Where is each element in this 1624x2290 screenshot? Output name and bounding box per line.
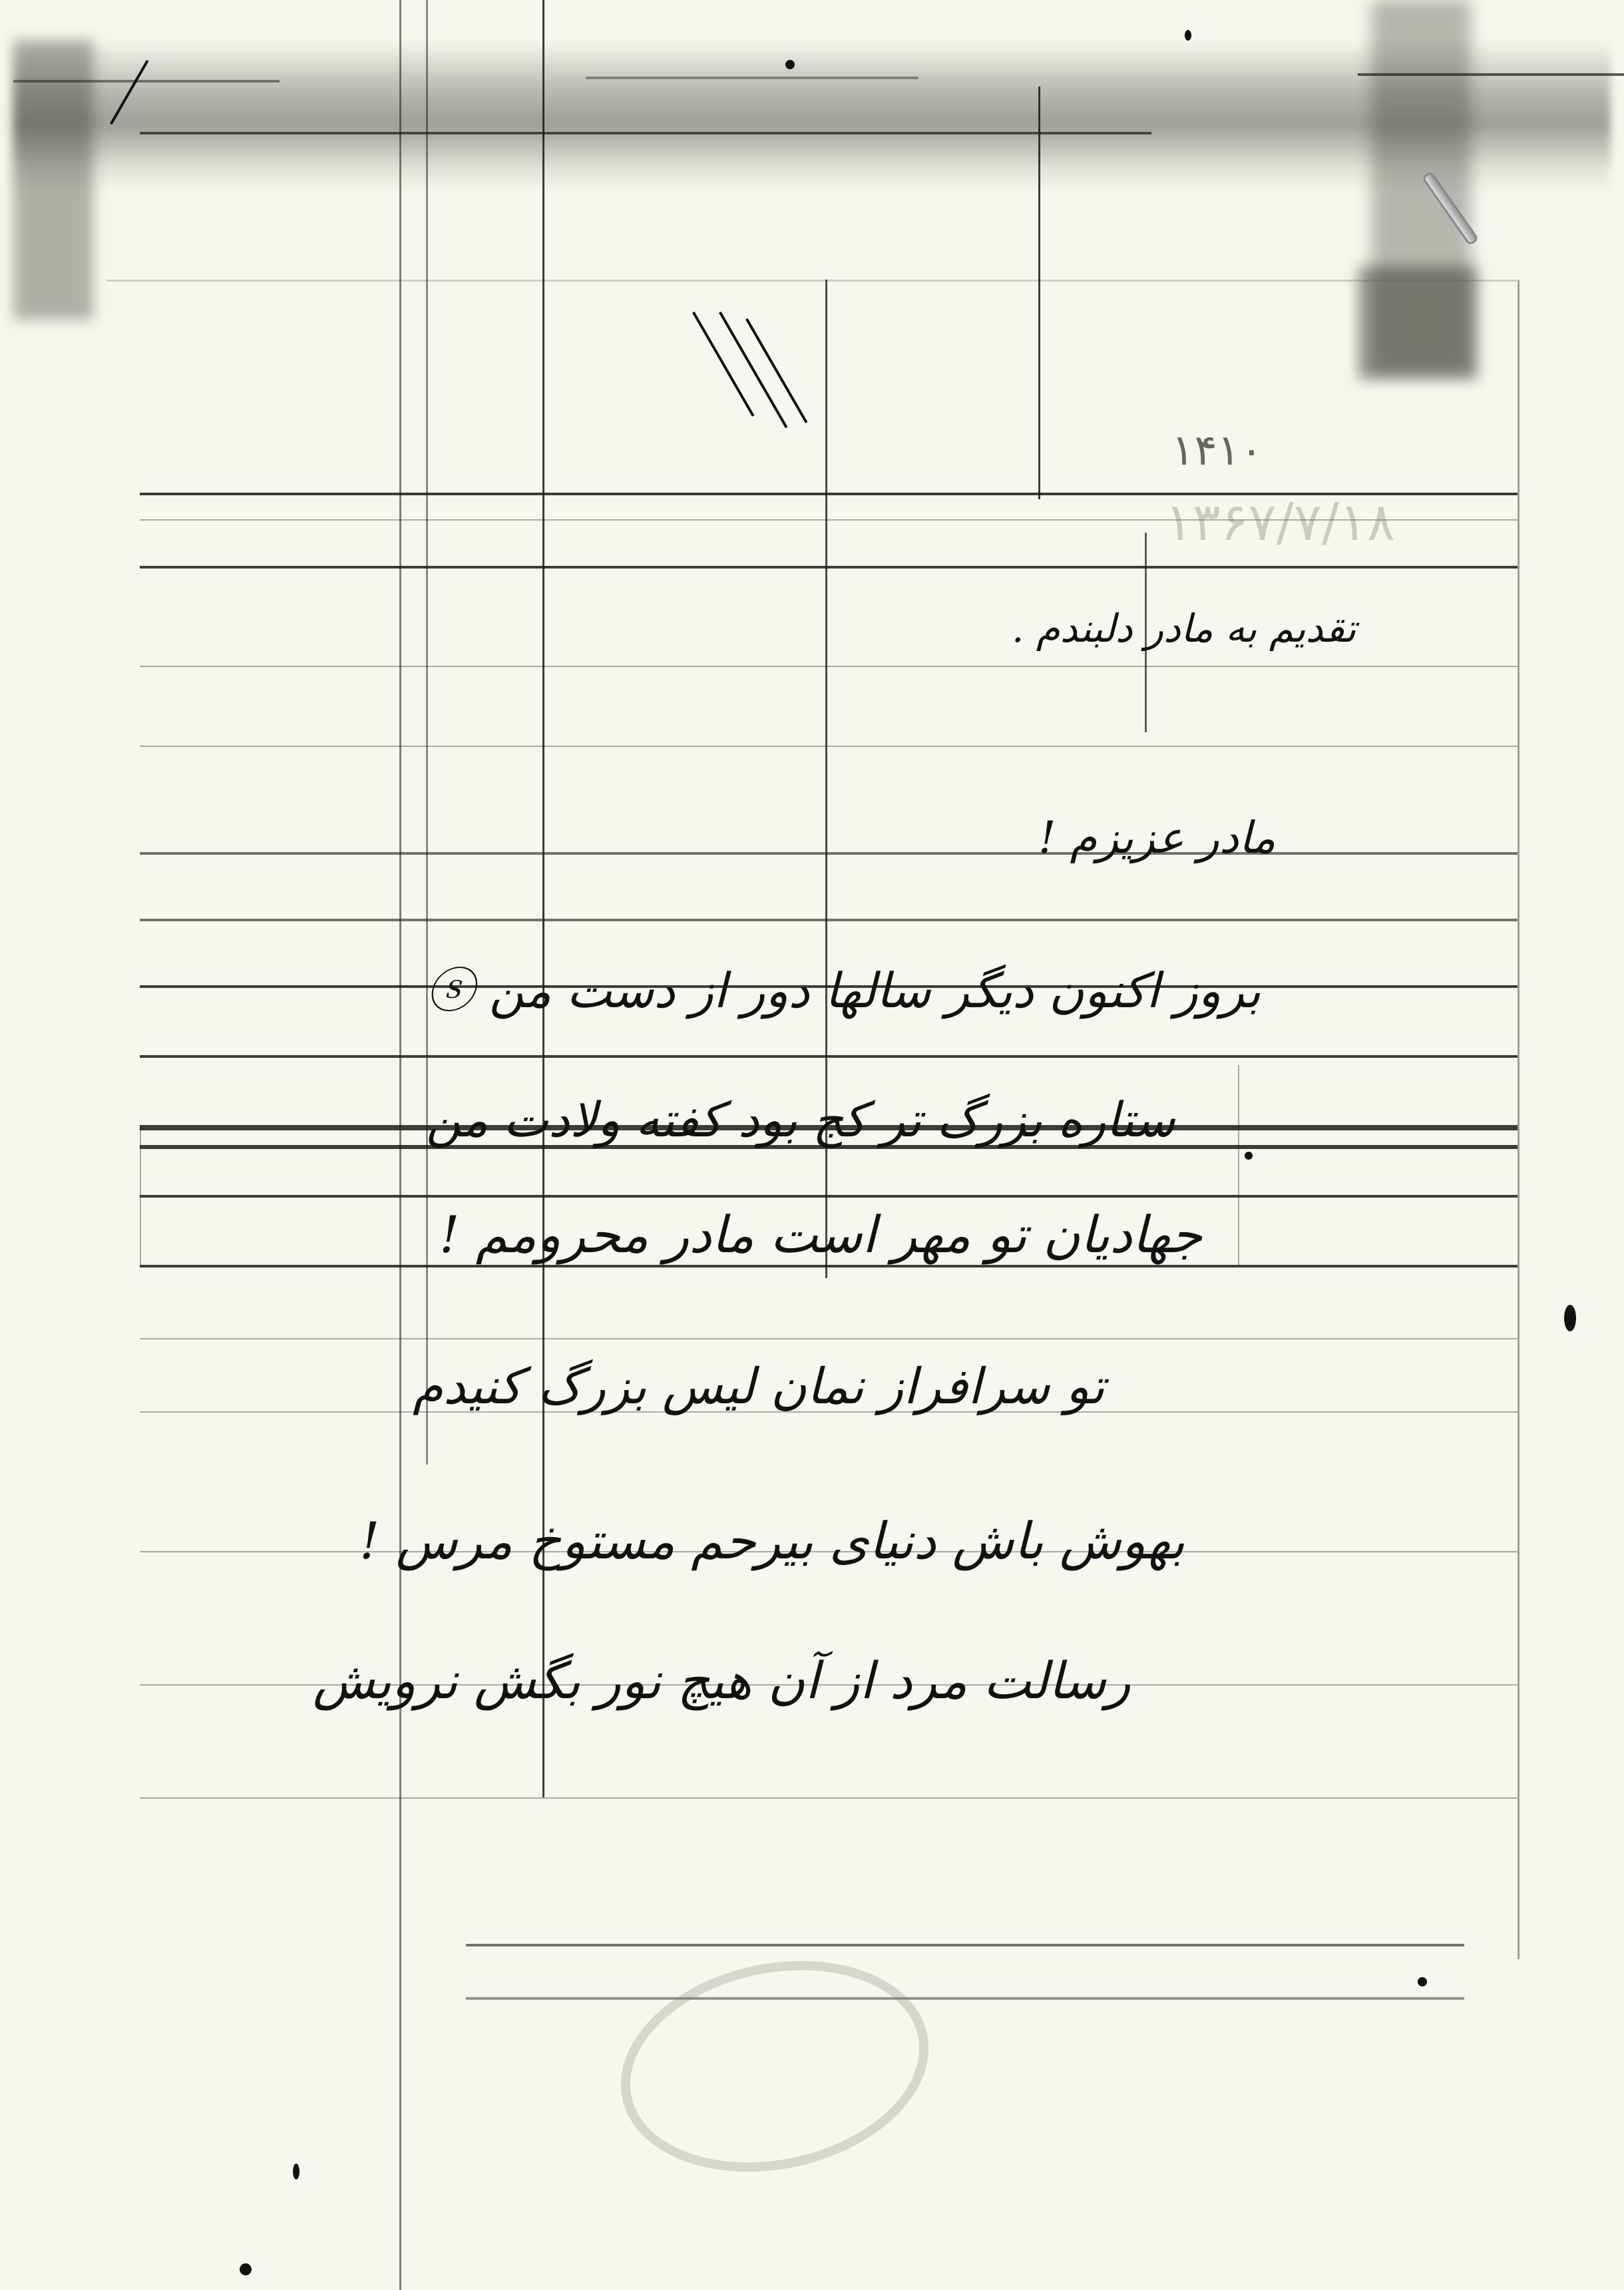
speck	[1185, 30, 1191, 41]
header-number: ۱۴۱۰	[1171, 426, 1263, 475]
rule-line	[140, 1265, 1518, 1267]
rule-line	[140, 852, 1518, 855]
header-date-showthrough: ۱۳۶۷/۷/۱۸	[1165, 493, 1395, 553]
rule-line	[140, 132, 1151, 134]
scanned-page: ۱۴۱۰ ۱۳۶۷/۷/۱۸ تقدیم به مادر دلبندم . ما…	[0, 0, 1624, 2290]
rule-line	[140, 746, 1518, 747]
rule-line	[13, 80, 280, 83]
letter-line: تو سرافراز نمان لیس بزرگ کنیدم	[413, 1358, 1105, 1415]
speck	[293, 2164, 300, 2179]
fold-line	[426, 0, 428, 1465]
rule-line	[140, 919, 1518, 921]
rule-line	[140, 1195, 1518, 1198]
speck	[1245, 1152, 1253, 1160]
fold-line	[1238, 1065, 1239, 1265]
rule-line	[586, 77, 918, 79]
speck	[1564, 1305, 1576, 1331]
letter-line: جهادیان تو مهر است مادر محرومم !	[439, 1205, 1202, 1264]
speck	[1418, 1977, 1427, 1986]
rule-line	[140, 1338, 1518, 1339]
fold-line	[1038, 87, 1040, 499]
letter-line: ستاره بزرگ تر کج بود کفته ولادت من	[426, 1092, 1175, 1148]
fold-line	[399, 0, 401, 2290]
rule-line	[140, 1797, 1518, 1799]
salutation-line: مادر عزیزم !	[1038, 812, 1276, 863]
oval-stamp	[601, 1934, 948, 2199]
letter-line: رسالت مرد از آن هیچ نور بگش نرویش	[313, 1651, 1131, 1710]
rule-line	[140, 566, 1518, 569]
speck	[785, 60, 795, 69]
rule-line	[466, 1944, 1464, 1946]
fold-line	[140, 1125, 141, 1265]
rule-line	[1358, 73, 1624, 76]
letter-line: بهوش باش دنیای بیرحم مستوخ مرس !	[359, 1511, 1185, 1570]
rule-line	[140, 666, 1518, 667]
dedication-line: تقدیم به مادر دلبندم .	[1012, 606, 1356, 651]
letter-line: بروز اکنون دیگر سالها دور از دست من ⓢ	[426, 952, 1261, 1021]
speck	[240, 2263, 252, 2275]
rule-line	[140, 1055, 1518, 1058]
rule-line	[466, 1997, 1464, 2000]
